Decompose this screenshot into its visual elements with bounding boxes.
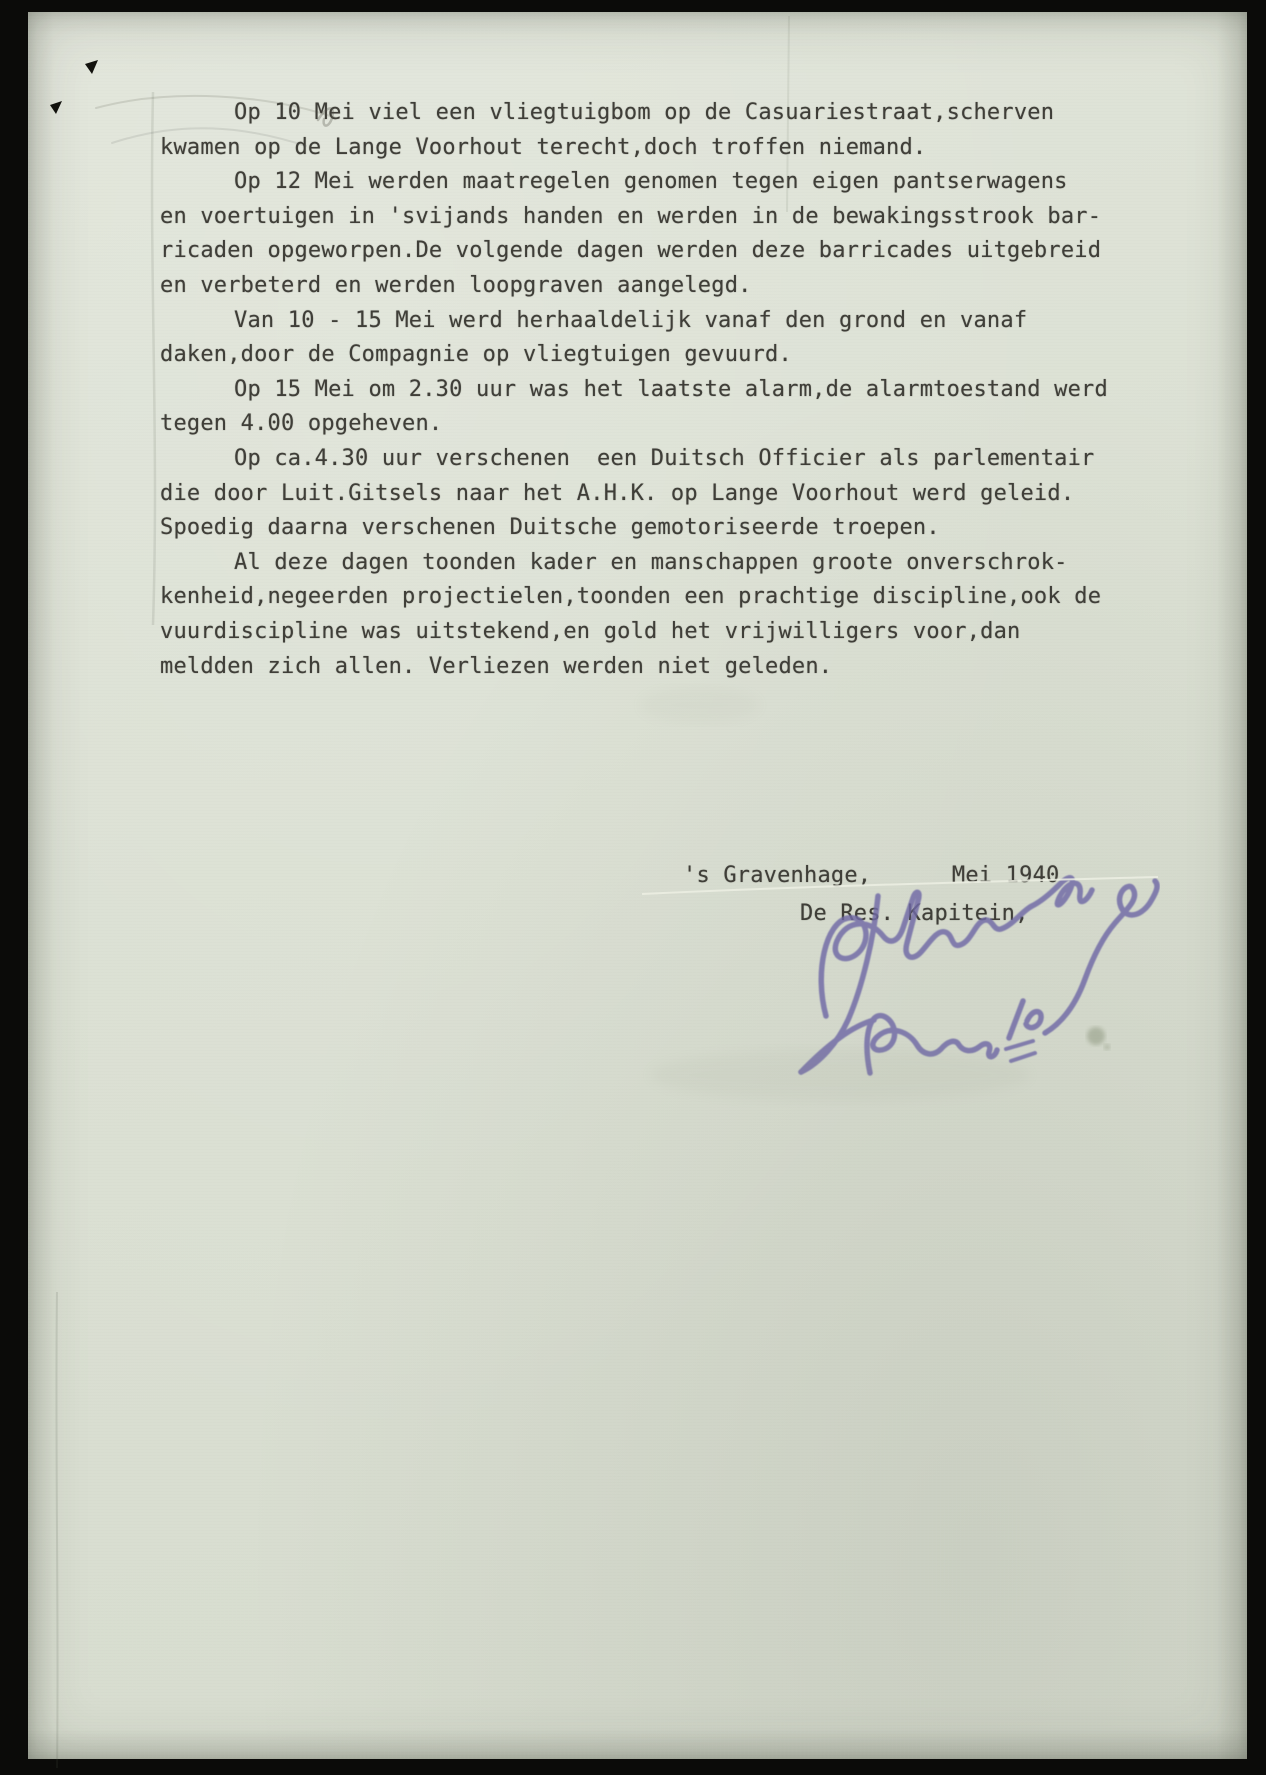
typed-line: Op 15 Mei om 2.30 uur was het laatste al… — [160, 373, 1120, 408]
typed-line: en voertuigen in 'svijands handen en wer… — [160, 200, 1120, 235]
scan-background: Op 10 Mei viel een vliegtuigbom op de Ca… — [0, 0, 1266, 1775]
typed-line: Op 12 Mei werden maatregelen genomen teg… — [160, 165, 1120, 200]
typed-line: meldden zich allen. Verliezen werden nie… — [160, 650, 1120, 685]
typed-line: ricaden opgeworpen.De volgende dagen wer… — [160, 234, 1120, 269]
typed-line: Op ca.4.30 uur verschenen een Duitsch Of… — [160, 442, 1120, 477]
place-date-line: 's Gravenhage, Mei 1940 — [683, 863, 1059, 888]
typed-line: kwamen op de Lange Voorhout terecht,doch… — [160, 131, 1120, 166]
typed-line: Van 10 - 15 Mei werd herhaaldelijk vanaf… — [160, 304, 1120, 339]
typed-line: en verbeterd en werden loopgraven aangel… — [160, 269, 1120, 304]
typed-body: Op 10 Mei viel een vliegtuigbom op de Ca… — [160, 96, 1120, 684]
signer-title-line: De Res. Kapitein, — [800, 901, 1029, 926]
typed-line: Al deze dagen toonden kader en manschapp… — [160, 546, 1120, 581]
document-page: Op 10 Mei viel een vliegtuigbom op de Ca… — [28, 12, 1247, 1759]
typed-line: tegen 4.00 opgeheven. — [160, 407, 1120, 442]
typed-line: Spoedig daarna verschenen Duitsche gemot… — [160, 511, 1120, 546]
signature-name-scrawl — [821, 878, 1092, 1016]
signature-res-scrawl — [867, 1016, 997, 1073]
typed-line: kenheid,negeerden projectielen,toonden e… — [160, 580, 1120, 615]
handwritten-signature — [640, 780, 1160, 1100]
typed-line: vuurdiscipline was uitstekend,en gold he… — [160, 615, 1120, 650]
typed-line: die door Luit.Gitsels naar het A.H.K. op… — [160, 477, 1120, 512]
typed-line: daken,door de Compagnie op vliegtuigen g… — [160, 338, 1120, 373]
typed-line: Op 10 Mei viel een vliegtuigbom op de Ca… — [160, 96, 1120, 131]
signature-paraph-upstroke — [801, 1020, 874, 1072]
